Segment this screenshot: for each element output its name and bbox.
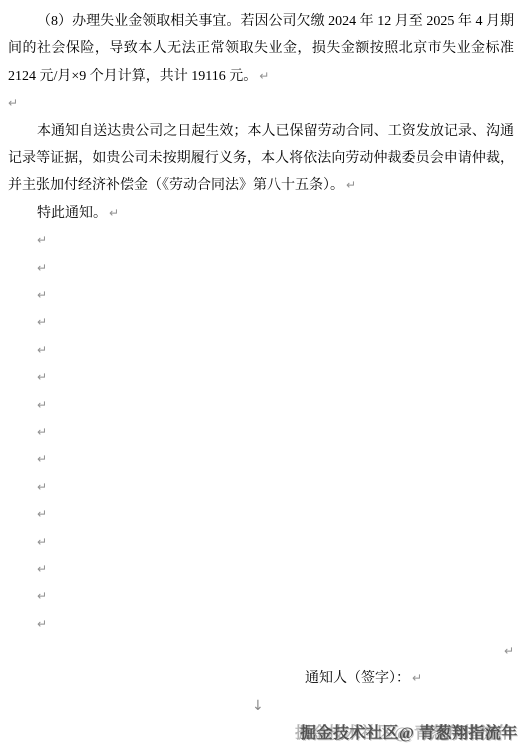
paragraph-closing[interactable]: 特此通知。↵ — [8, 200, 514, 227]
empty-paragraph[interactable]: ↵ — [8, 446, 514, 473]
paragraph-notice-effective[interactable]: 本通知自送达贵公司之日起生效；本人已保留劳动合同、工资发放记录、沟通记录等证据，… — [8, 118, 514, 200]
paragraph-mark-icon: ↵ — [37, 370, 47, 384]
empty-paragraph-right-aligned[interactable]: ↵ — [8, 638, 514, 665]
paragraph-mark-icon: ↵ — [37, 315, 47, 329]
empty-paragraph[interactable]: ↵ — [8, 392, 514, 419]
signer-label: 通知人（签字）： — [305, 671, 410, 686]
empty-paragraph[interactable]: ↵ — [8, 501, 514, 528]
document-page[interactable]: （8）办理失业金领取相关事宜。若因公司欠缴 2024 年 12 月至 2025 … — [0, 0, 522, 748]
empty-paragraph[interactable]: ↵ — [8, 227, 514, 254]
manual-line-break-line[interactable]: ↓ — [8, 693, 514, 720]
empty-paragraphs-block: ↵↵↵↵↵↵↵↵↵↵↵↵↵↵↵ — [8, 227, 514, 638]
empty-paragraph[interactable]: ↵ — [8, 337, 514, 364]
paragraph-mark-icon: ↵ — [8, 96, 18, 110]
empty-paragraph[interactable]: ↵ — [8, 611, 514, 638]
empty-paragraph[interactable]: ↵ — [8, 529, 514, 556]
paragraph-mark-icon: ↵ — [37, 617, 47, 631]
paragraph-closing-text: 特此通知。 — [37, 206, 107, 221]
paragraph-mark-icon: ↵ — [37, 589, 47, 603]
signer-line[interactable]: 通知人（签字）：↵ — [8, 665, 514, 692]
paragraph-mark-icon: ↵ — [37, 288, 47, 302]
paragraph-mark-icon: ↵ — [107, 206, 119, 220]
paragraph-mark-icon: ↵ — [37, 562, 47, 576]
line-break-icon: ↓ — [250, 698, 264, 714]
paragraph-mark-icon: ↵ — [257, 69, 269, 83]
paragraph-mark-icon: ↵ — [37, 261, 47, 275]
paragraph-notice-effective-text: 本通知自送达贵公司之日起生效；本人已保留劳动合同、工资发放记录、沟通记录等证据，… — [8, 124, 514, 194]
empty-paragraph[interactable]: ↵ — [8, 255, 514, 282]
paragraph-mark-icon: ↵ — [37, 233, 47, 247]
paragraph-mark-icon: ↵ — [502, 644, 514, 658]
empty-paragraph[interactable]: ↵ — [8, 90, 514, 117]
watermark-line: 掘金技术社区@ 青葱翔指流年 — [8, 720, 514, 747]
paragraph-unemployment-benefit[interactable]: （8）办理失业金领取相关事宜。若因公司欠缴 2024 年 12 月至 2025 … — [8, 8, 514, 90]
empty-paragraph[interactable]: ↵ — [8, 474, 514, 501]
empty-paragraph[interactable]: ↵ — [8, 556, 514, 583]
paragraph-mark-icon: ↵ — [37, 535, 47, 549]
empty-paragraph[interactable]: ↵ — [8, 364, 514, 391]
paragraph-mark-icon: ↵ — [37, 507, 47, 521]
watermark-text: 掘金技术社区@ 青葱翔指流年 — [300, 725, 518, 742]
empty-paragraph[interactable]: ↵ — [8, 282, 514, 309]
paragraph-mark-icon: ↵ — [37, 452, 47, 466]
empty-paragraph[interactable]: ↵ — [8, 583, 514, 610]
paragraph-mark-icon: ↵ — [37, 398, 47, 412]
paragraph-mark-icon: ↵ — [37, 480, 47, 494]
empty-paragraph[interactable]: ↵ — [8, 419, 514, 446]
paragraph-mark-icon: ↵ — [37, 343, 47, 357]
paragraph-mark-icon: ↵ — [344, 178, 356, 192]
empty-paragraph[interactable]: ↵ — [8, 309, 514, 336]
paragraph-mark-icon: ↵ — [410, 671, 422, 685]
paragraph-mark-icon: ↵ — [37, 425, 47, 439]
